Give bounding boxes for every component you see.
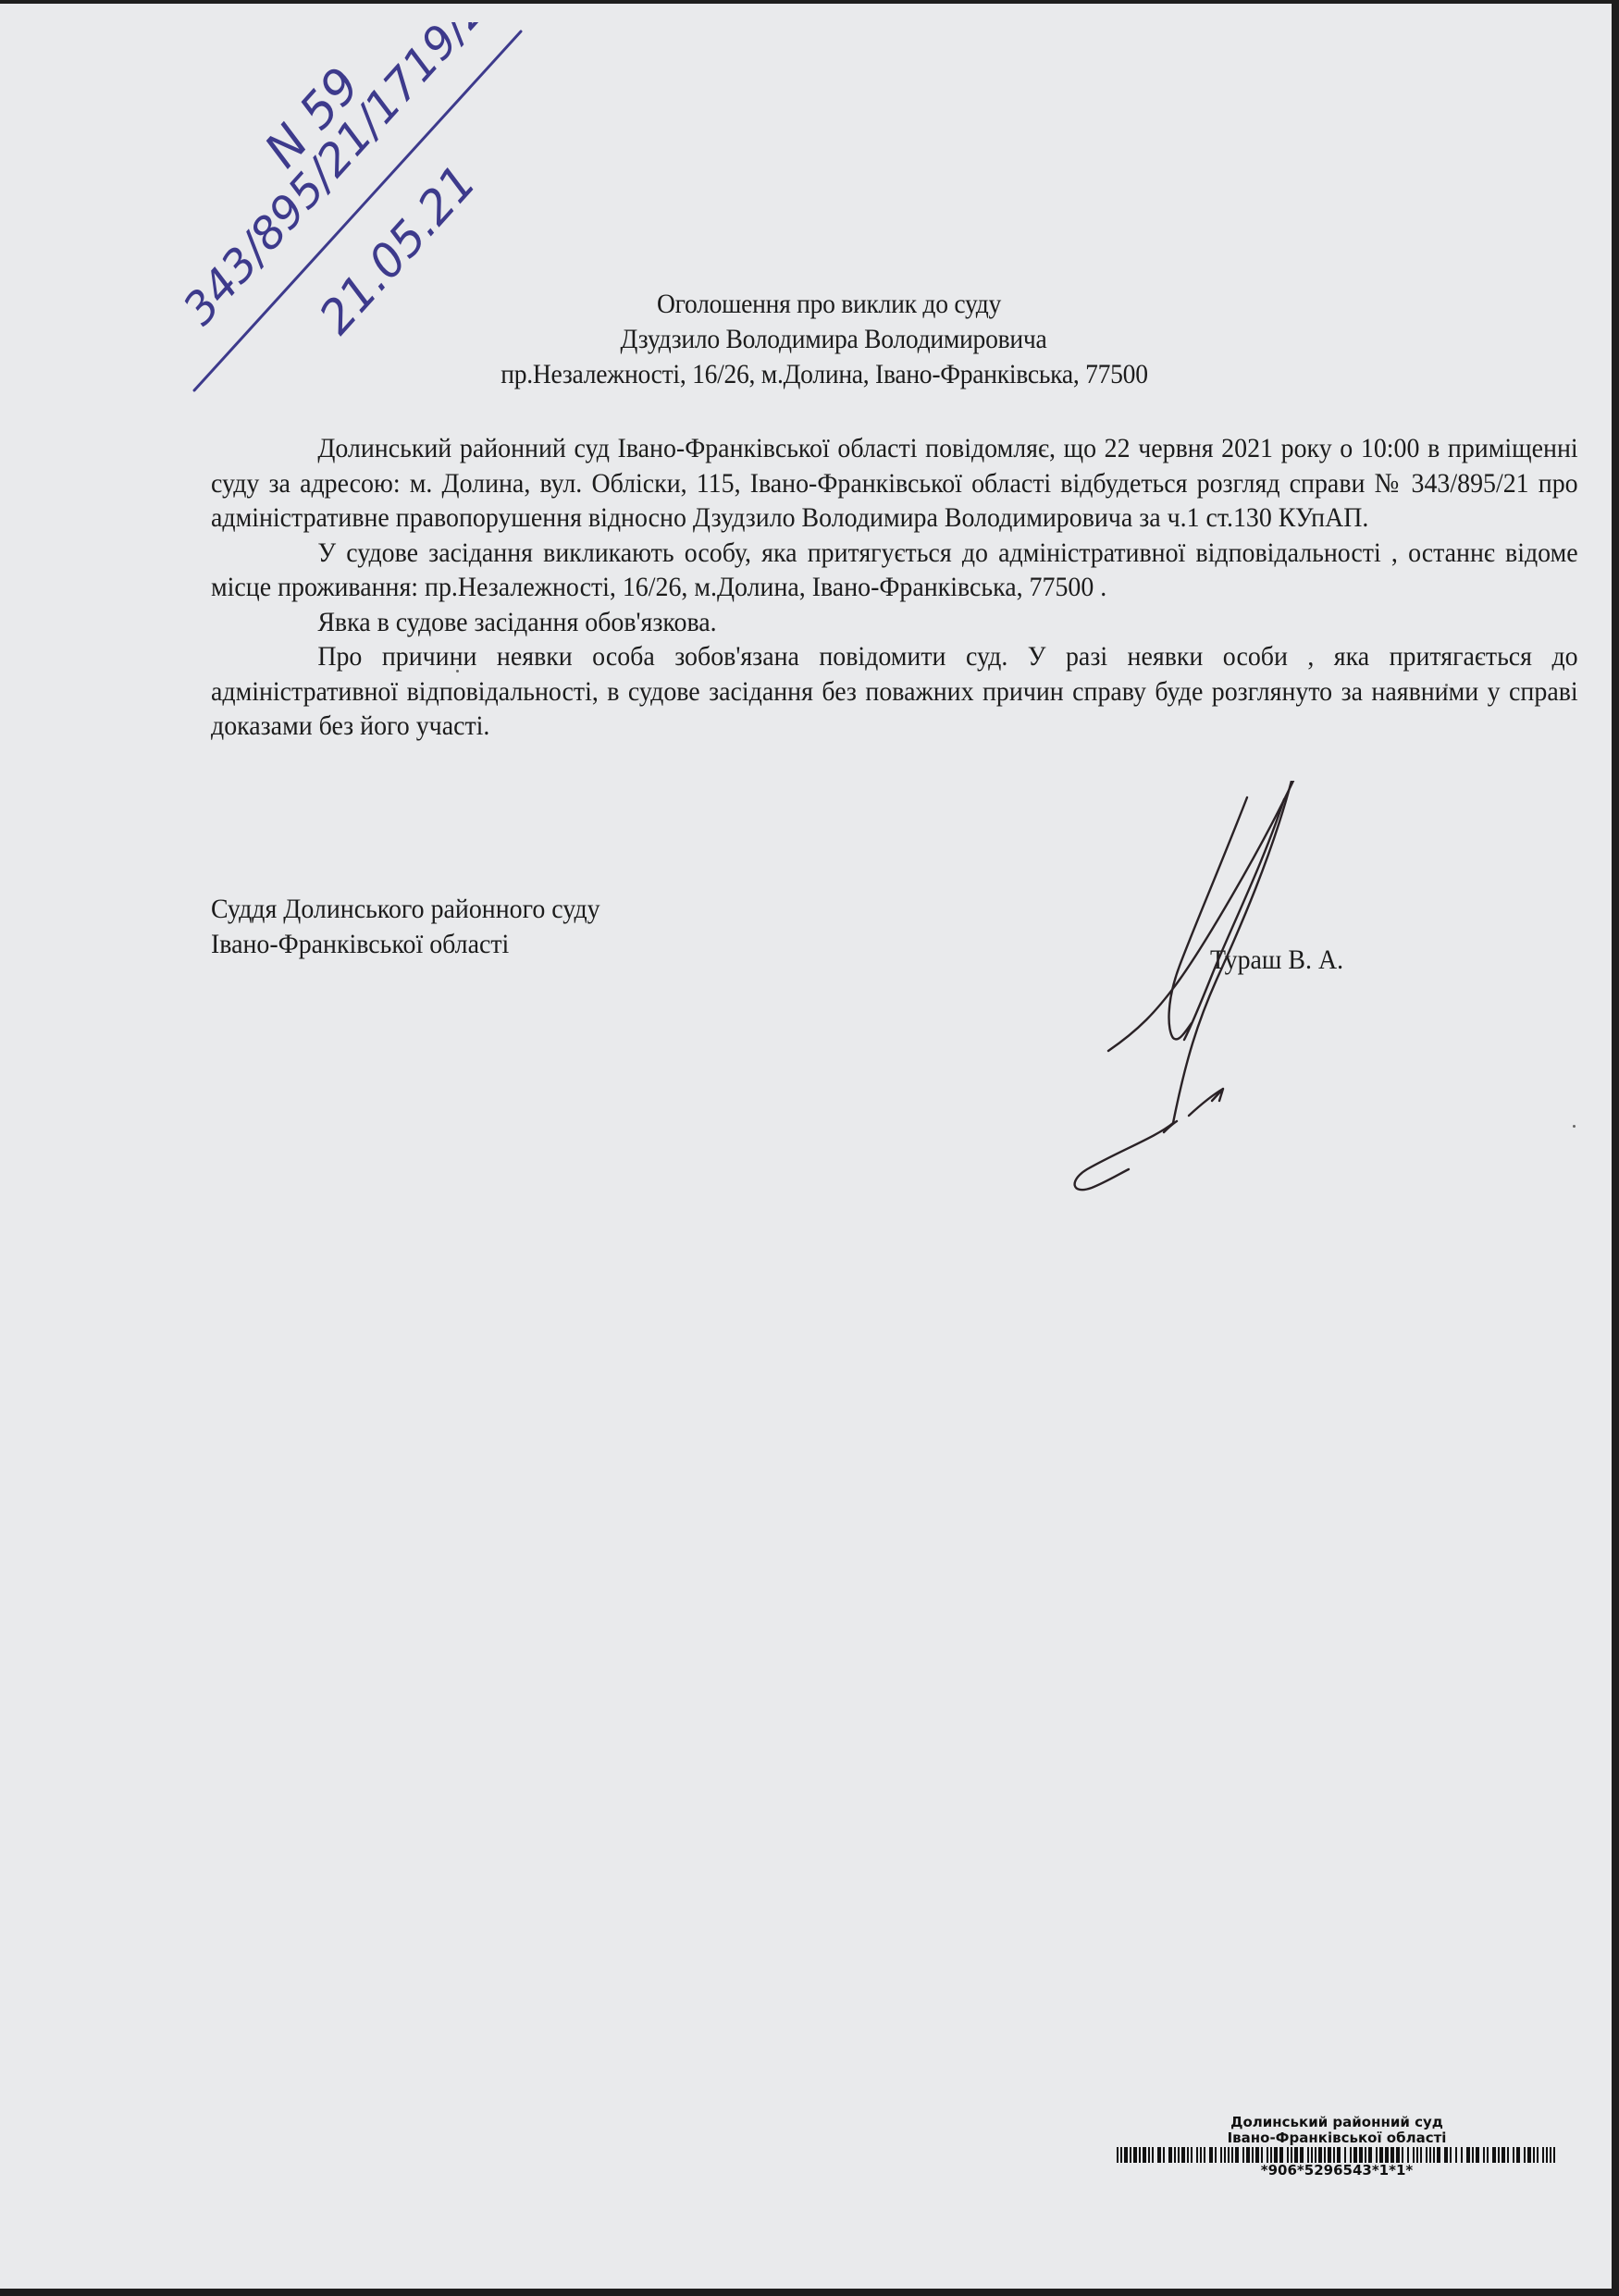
barcode-bar: [1420, 2147, 1422, 2163]
paragraph-hearing-notice: Долинський районний суд Івано-Франківськ…: [211, 431, 1578, 536]
barcode-bar: [1191, 2147, 1193, 2163]
summoned-person-address: пр.Незалежності, 16/26, м.Долина, Івано-…: [100, 357, 1549, 392]
barcode-bar: [1437, 2147, 1440, 2163]
document-page: N 59 343/895/21/1719/21 21.05.21 Оголоше…: [0, 4, 1612, 2289]
barcode-bar: [1502, 2147, 1505, 2163]
barcode: [1114, 2147, 1560, 2163]
barcode-bar: [1533, 2147, 1535, 2163]
barcode-bar: [1344, 2147, 1346, 2163]
barcode-bar: [1390, 2147, 1394, 2163]
barcode-bar: [1328, 2147, 1331, 2163]
barcode-bar: [1133, 2147, 1137, 2163]
barcode-bar: [1279, 2147, 1283, 2163]
judge-position-line-2: Івано-Франківської області: [211, 927, 600, 962]
barcode-bar: [1350, 2147, 1352, 2163]
barcode-bar: [1365, 2147, 1366, 2163]
paragraph-summons: У судове засідання викликають особу, яка…: [211, 536, 1578, 605]
barcode-bar: [1261, 2147, 1263, 2163]
barcode-bar: [1537, 2147, 1539, 2163]
barcode-bar: [1163, 2147, 1165, 2163]
barcode-bar: [1550, 2147, 1551, 2163]
barcode-bar: [1318, 2147, 1322, 2163]
barcode-bar: [1407, 2147, 1409, 2163]
barcode-bar: [1359, 2147, 1363, 2163]
document-body: Долинський районний суд Івано-Франківськ…: [211, 431, 1578, 744]
barcode-bar: [1187, 2147, 1189, 2163]
barcode-bar: [1376, 2147, 1378, 2163]
barcode-bar: [1242, 2147, 1244, 2163]
barcode-bar: [1117, 2147, 1118, 2163]
document-header: Оголошення про виклик до суду Дзудзило В…: [0, 287, 1612, 392]
barcode-bar: [1416, 2147, 1418, 2163]
barcode-bar: [1215, 2147, 1217, 2163]
barcode-bar: [1333, 2147, 1335, 2163]
barcode-bar: [1294, 2147, 1298, 2163]
barcode-bar: [1315, 2147, 1316, 2163]
barcode-bar: [1353, 2147, 1357, 2163]
barcode-bar: [1196, 2147, 1198, 2163]
barcode-bar: [1200, 2147, 1202, 2163]
summoned-person-name: Дзудзило Володимира Володимировича: [117, 322, 1549, 357]
barcode-bar: [1513, 2147, 1514, 2163]
barcode-bar: [1157, 2147, 1161, 2163]
barcode-bar: [1120, 2147, 1122, 2163]
barcode-bar: [1379, 2147, 1383, 2163]
barcode-bar: [1444, 2147, 1448, 2163]
barcode-bar: [1476, 2147, 1479, 2163]
barcode-bar: [1426, 2147, 1427, 2163]
barcode-bar: [1300, 2147, 1304, 2163]
barcode-bar: [1224, 2147, 1226, 2163]
barcode-bar: [1385, 2147, 1389, 2163]
scan-artifact-dot: [1445, 684, 1448, 686]
barcode-bar: [1307, 2147, 1309, 2163]
barcode-bar: [1450, 2147, 1452, 2163]
barcode-bar: [1228, 2147, 1230, 2163]
barcode-bar: [1143, 2147, 1146, 2163]
barcode-bar: [1255, 2147, 1259, 2163]
barcode-bar: [1461, 2147, 1463, 2163]
barcode-bar: [1429, 2147, 1431, 2163]
scan-artifact-dot: [456, 670, 459, 673]
barcode-bar: [1246, 2147, 1250, 2163]
barcode-bar: [1124, 2147, 1128, 2163]
barcode-bar: [1472, 2147, 1474, 2163]
barcode-bar: [1152, 2147, 1154, 2163]
barcode-bar: [1130, 2147, 1131, 2163]
barcode-bar: [1542, 2147, 1544, 2163]
barcode-bar: [1231, 2147, 1233, 2163]
barcode-bar: [1209, 2147, 1213, 2163]
barcode-bar: [1252, 2147, 1254, 2163]
barcode-bar: [1466, 2147, 1470, 2163]
handwritten-signature: [1064, 781, 1434, 1225]
barcode-bar: [1524, 2147, 1526, 2163]
barcode-bar: [1174, 2147, 1176, 2163]
scan-artifact-dot: [1573, 1125, 1576, 1128]
barcode-bar: [1337, 2147, 1341, 2163]
judge-position: Суддя Долинського районного суду Івано-Ф…: [211, 892, 600, 962]
barcode-bar: [1139, 2147, 1141, 2163]
paragraph-attendance-mandatory: Явка в судове засідання обов'язкова.: [211, 605, 1578, 640]
barcode-bar: [1368, 2147, 1372, 2163]
barcode-bar: [1455, 2147, 1457, 2163]
barcode-bar: [1178, 2147, 1180, 2163]
barcode-bar: [1396, 2147, 1400, 2163]
barcode-bar: [1148, 2147, 1150, 2163]
barcode-bar: [1287, 2147, 1289, 2163]
barcode-bar: [1324, 2147, 1326, 2163]
court-barcode-stamp: Долинський районний суд Івано-Франківськ…: [1110, 2115, 1563, 2179]
barcode-bar: [1270, 2147, 1272, 2163]
barcode-bar: [1433, 2147, 1435, 2163]
barcode-bar: [1267, 2147, 1268, 2163]
barcode-bar: [1311, 2147, 1313, 2163]
barcode-bar: [1546, 2147, 1548, 2163]
barcode-bar: [1492, 2147, 1496, 2163]
barcode-bar: [1507, 2147, 1509, 2163]
paragraph-absence-consequences: Про причини неявки особа зобов'язана пов…: [211, 639, 1578, 744]
barcode-bar: [1235, 2147, 1239, 2163]
barcode-bar: [1498, 2147, 1500, 2163]
barcode-number: *906*5296543*1*1*: [1110, 2163, 1563, 2179]
document-title: Оголошення про виклик до суду: [109, 287, 1550, 322]
barcode-bar: [1516, 2147, 1520, 2163]
barcode-bar: [1274, 2147, 1278, 2163]
barcode-bar: [1527, 2147, 1531, 2163]
stamp-court-region: Івано-Франківської області: [1110, 2130, 1563, 2146]
barcode-bar: [1291, 2147, 1292, 2163]
barcode-bar: [1413, 2147, 1415, 2163]
barcode-bar: [1168, 2147, 1172, 2163]
barcode-bar: [1483, 2147, 1485, 2163]
barcode-bar: [1402, 2147, 1403, 2163]
judge-position-line-1: Суддя Долинського районного суду: [211, 892, 600, 927]
barcode-bar: [1487, 2147, 1489, 2163]
barcode-bar: [1553, 2147, 1555, 2163]
barcode-bar: [1220, 2147, 1222, 2163]
barcode-bar: [1204, 2147, 1205, 2163]
barcode-bar: [1181, 2147, 1185, 2163]
stamp-court-name: Долинський районний суд: [1110, 2115, 1563, 2130]
